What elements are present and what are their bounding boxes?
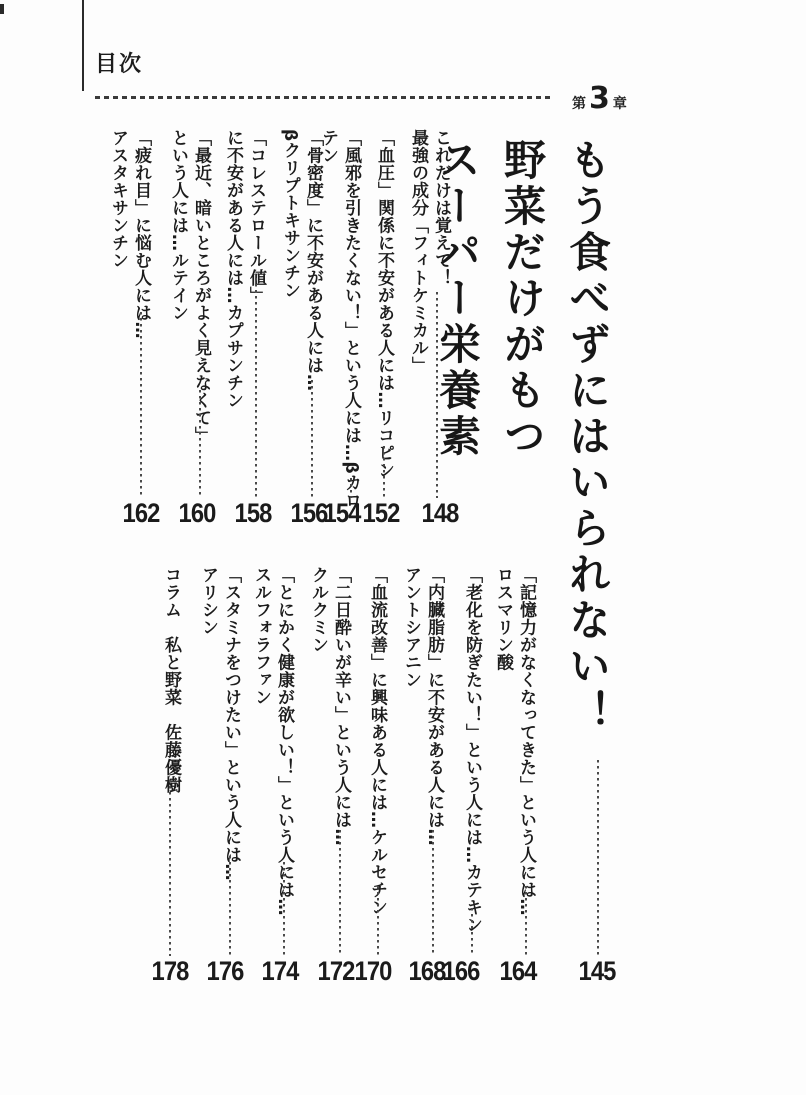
toc-entry[interactable]: 「とにかく健康が欲しい！」という人には… スルフォラファン (249, 566, 295, 966)
left-margin-rule (82, 0, 84, 91)
page-number: 158 (227, 503, 280, 524)
page-number: 168 (401, 961, 454, 982)
toc-entry[interactable]: 「内臓脂肪」に不安がある人には… アントシアニン (399, 566, 445, 966)
dotted-leader (383, 446, 385, 498)
toc-page: { "header": { "toc_label": "目次", "chapte… (0, 0, 806, 1095)
toc-title: 目次 (95, 47, 143, 78)
toc-entry[interactable]: 「記憶力がなくなってきた」という人には… ロスマリン酸 (491, 566, 537, 966)
toc-entry[interactable]: 「老化を防ぎたい！」という人には…カテキン (460, 566, 483, 966)
toc-entry[interactable]: 「二日酔いが辛い」という人には… クルクミン (306, 566, 352, 966)
page-number: 174 (254, 961, 307, 982)
dotted-leader (377, 886, 379, 956)
page-number: 145 (571, 961, 624, 982)
dotted-leader (199, 390, 201, 498)
entry-text-line: スルフォラファン (249, 566, 272, 966)
toc-entry[interactable]: これだけは覚えて！ 最強の成分「フィトケミカル」 (406, 129, 452, 521)
dotted-leader (339, 830, 341, 956)
dotted-leader (311, 380, 313, 498)
corner-print-mark (0, 4, 4, 14)
chapter-prefix: 第 (572, 97, 586, 114)
dotted-leader (169, 780, 171, 956)
chapter-suffix: 章 (613, 97, 627, 114)
page-number: 178 (144, 961, 197, 982)
page-number: 160 (171, 503, 224, 524)
entry-text-line: という人には…ルテイン (166, 129, 189, 521)
toc-entry[interactable]: 「コレステロール値」 に不安がある人には…カプサンチン (221, 129, 267, 521)
toc-entry[interactable]: 「疲れ目」に悩む人には… アスタキサンチン (106, 129, 152, 521)
entry-text-line: アリシン (196, 566, 219, 966)
dotted-leader (471, 908, 473, 956)
dotted-leader (283, 862, 285, 956)
page-number: 172 (310, 961, 363, 982)
entry-text-line: 「老化を防ぎたい！」という人には…カテキン (460, 566, 483, 966)
page-number: 176 (199, 961, 252, 982)
dotted-leader (229, 856, 231, 956)
dotted-leader (436, 292, 438, 498)
toc-entry[interactable]: 「骨密度」に不安がある人には… βクリプトキサンチン (278, 129, 324, 521)
entry-text-line: に不安がある人には…カプサンチン (221, 129, 244, 521)
page-number: 164 (492, 961, 545, 982)
toc-entry[interactable]: 「最近、暗いところがよく見えなくて」 という人には…ルテイン (166, 129, 212, 521)
chapter-badge: 第 3 章 (572, 84, 627, 114)
page-number: 162 (115, 503, 168, 524)
entry-text-line: アントシアニン (399, 566, 422, 966)
chapter-title-line: もう食べずにはいられない！ (555, 138, 620, 778)
dotted-leader (350, 478, 352, 498)
entry-text-line: これだけは覚えて！ (429, 129, 452, 521)
page-number: 148 (414, 503, 467, 524)
toc-entry[interactable]: 「スタミナをつけたい」という人には… アリシン (196, 566, 242, 966)
dotted-leader (597, 760, 599, 956)
dotted-leader (525, 886, 527, 956)
chapter-number: 3 (589, 84, 610, 114)
dotted-leader (255, 278, 257, 498)
entry-text-line: ロスマリン酸 (491, 566, 514, 966)
entry-text-line: アスタキサンチン (106, 129, 129, 521)
dotted-leader (140, 312, 142, 498)
entry-text-line: 最強の成分「フィトケミカル」 (406, 129, 429, 521)
entry-text-line: クルクミン (306, 566, 329, 966)
header-dotted-rule (95, 96, 551, 99)
entry-text-line: βクリプトキサンチン (278, 129, 301, 521)
dotted-leader (432, 830, 434, 956)
page-number: 156 (283, 503, 336, 524)
